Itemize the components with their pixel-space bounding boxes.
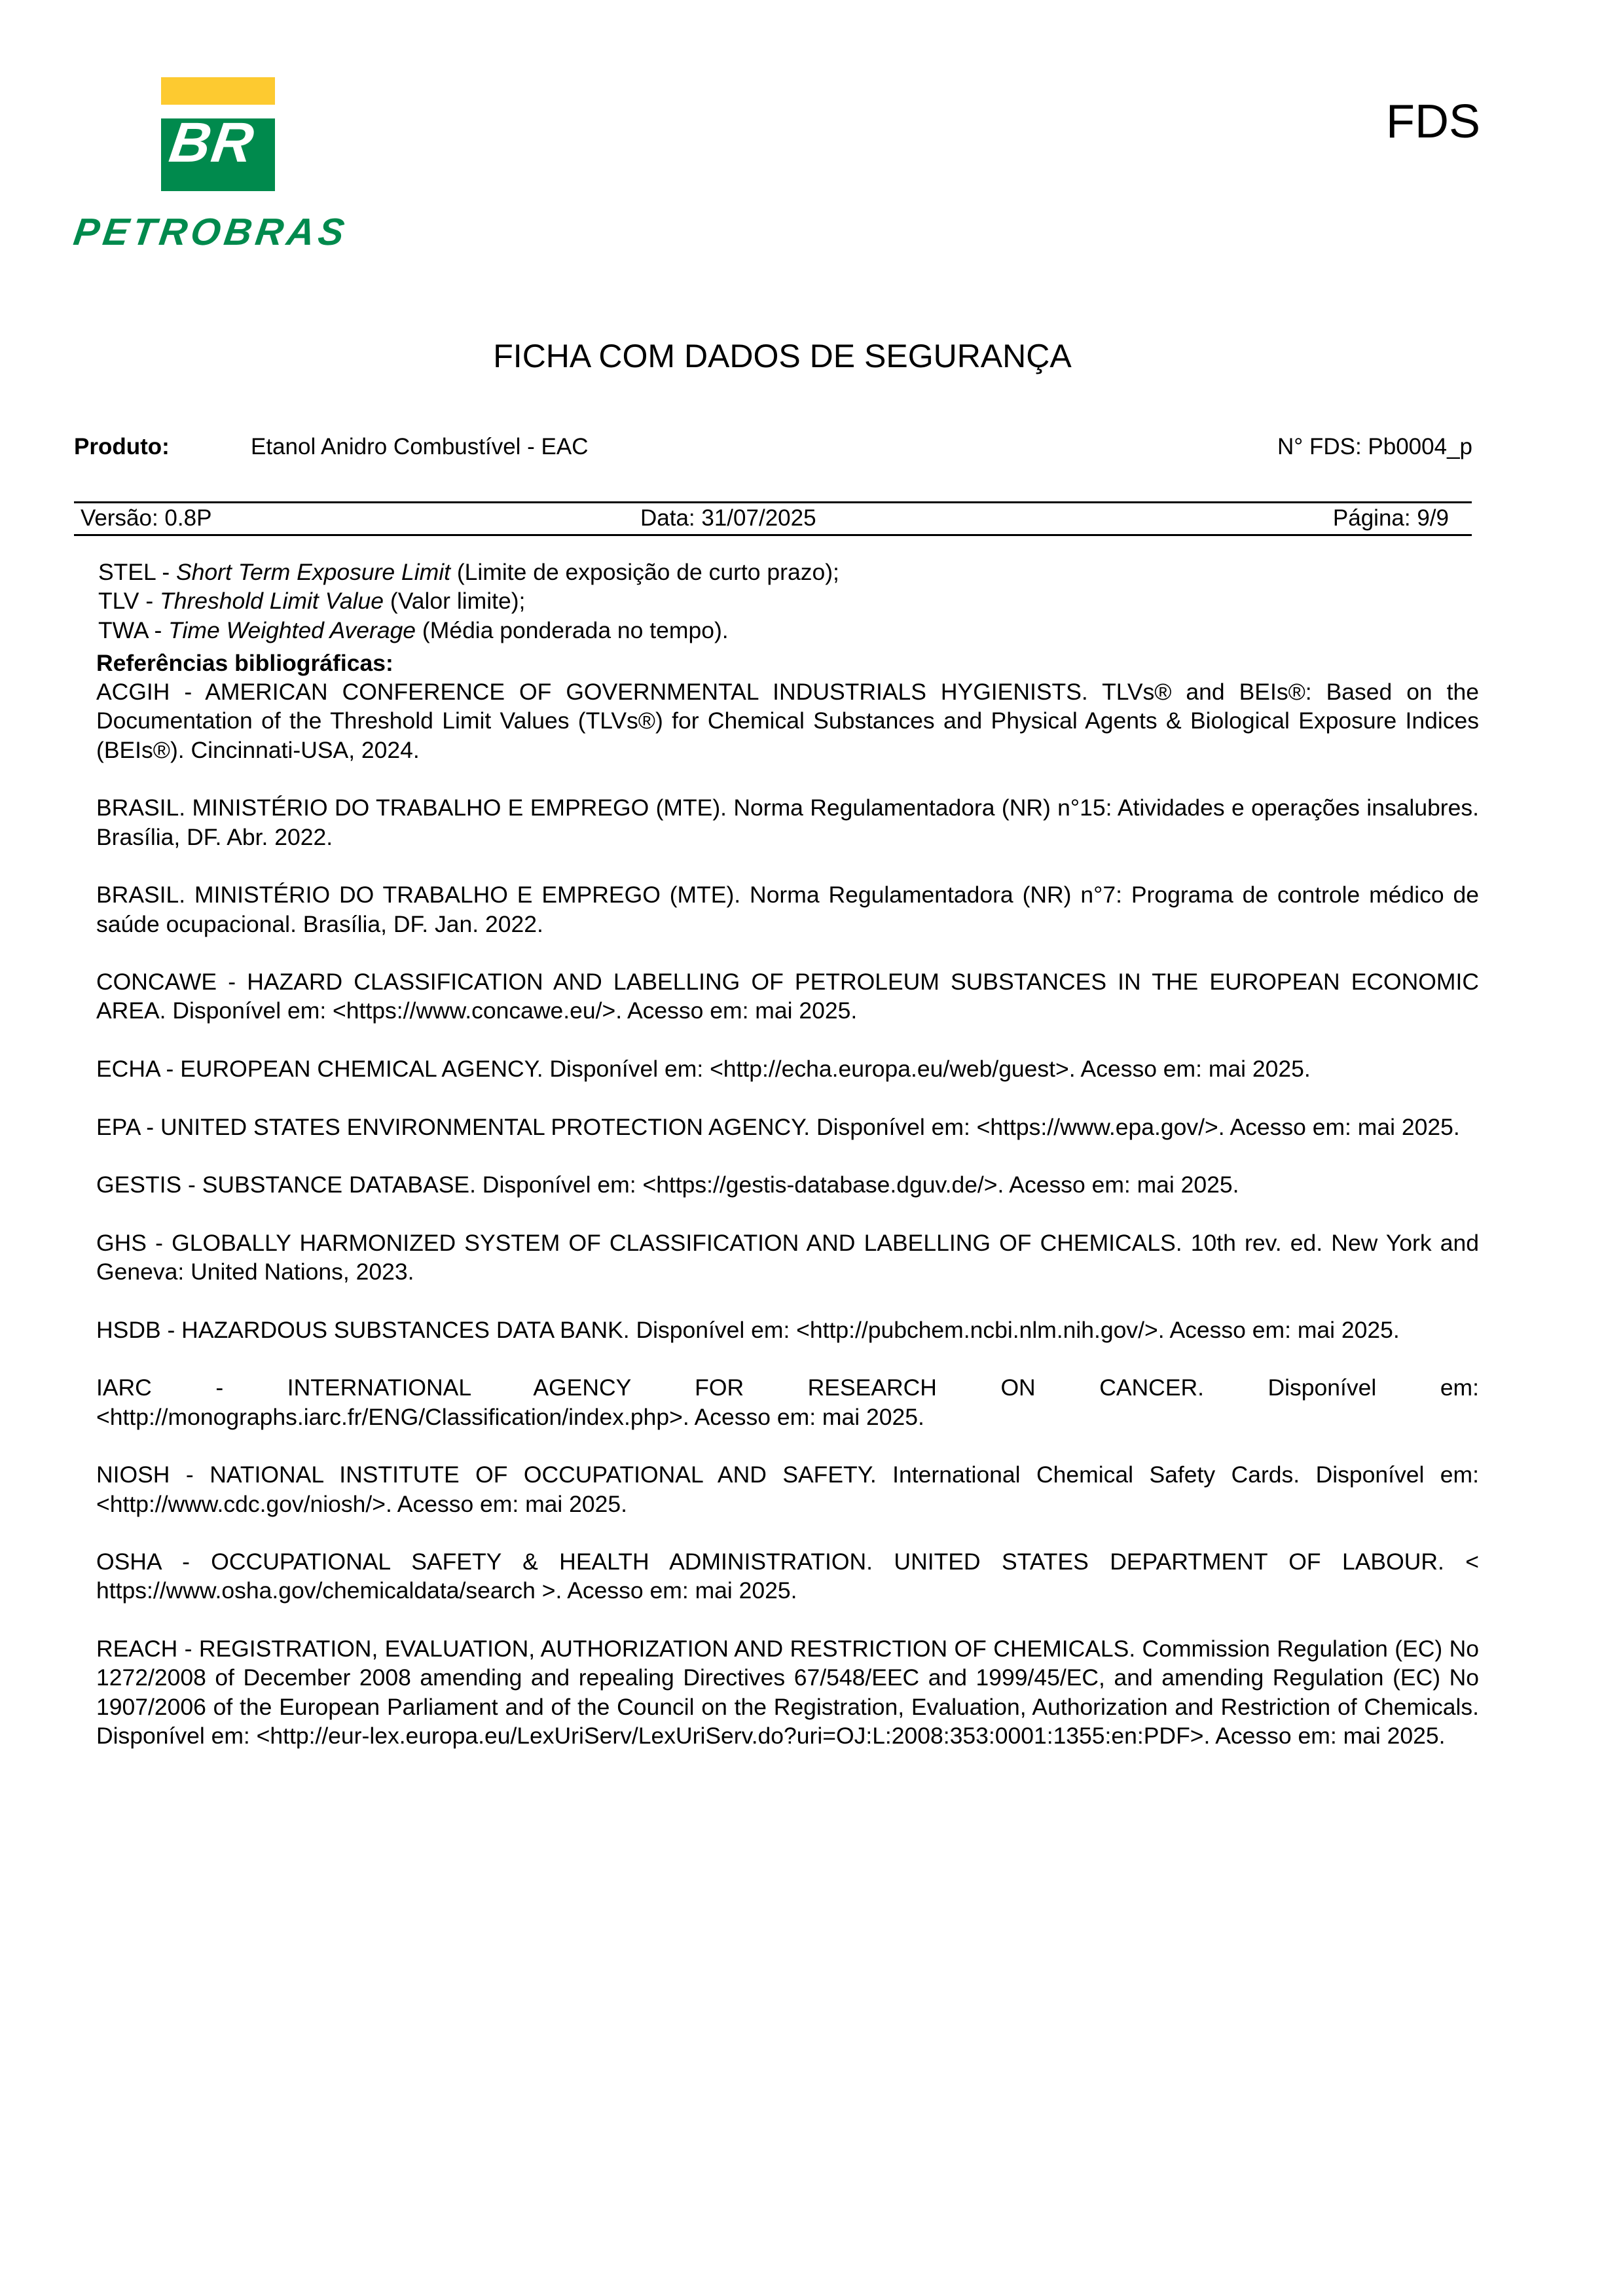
reference-item: GESTIS - SUBSTANCE DATABASE. Disponível …: [96, 1170, 1479, 1199]
reference-item: CONCAWE - HAZARD CLASSIFICATION AND LABE…: [96, 967, 1479, 1026]
reference-item: BRASIL. MINISTÉRIO DO TRABALHO E EMPREGO…: [96, 793, 1479, 852]
fds-number: N° FDS: Pb0004_p: [1277, 433, 1472, 461]
reference-item: GHS - GLOBALLY HARMONIZED SYSTEM OF CLAS…: [96, 1229, 1479, 1287]
reference-item: NIOSH - NATIONAL INSTITUTE OF OCCUPATION…: [96, 1460, 1479, 1518]
version: Versão: 0.8P: [81, 505, 211, 532]
reference-item: IARC - INTERNATIONAL AGENCY FOR RESEARCH…: [96, 1373, 1479, 1431]
logo-mark: BR: [166, 118, 258, 171]
logo-brand-name: PETROBRAS: [71, 213, 350, 251]
abbreviation-meaning: (Valor limite);: [384, 588, 525, 614]
abbreviation-meaning: (Média ponderada no tempo).: [416, 617, 729, 643]
abbreviation-item: TWA - Time Weighted Average (Média ponde…: [96, 616, 1479, 645]
reference-item: HSDB - HAZARDOUS SUBSTANCES DATA BANK. D…: [96, 1316, 1479, 1344]
abbreviation-term: Threshold Limit Value: [160, 588, 384, 614]
page-title: FICHA COM DADOS DE SEGURANÇA: [0, 338, 1565, 374]
references-heading: Referências bibliográficas:: [96, 649, 1479, 677]
reference-item: OSHA - OCCUPATIONAL SAFETY & HEALTH ADMI…: [96, 1547, 1479, 1605]
reference-item: REACH - REGISTRATION, EVALUATION, AUTHOR…: [96, 1634, 1479, 1750]
reference-item: ECHA - EUROPEAN CHEMICAL AGENCY. Disponí…: [96, 1054, 1479, 1083]
abbreviation-term: Short Term Exposure Limit: [176, 559, 450, 585]
abbreviation-item: STEL - Short Term Exposure Limit (Limite…: [96, 558, 1479, 586]
abbreviation-code: STEL -: [98, 559, 176, 585]
abbreviation-meaning: (Limite de exposição de curto prazo);: [450, 559, 839, 585]
reference-item: ACGIH - AMERICAN CONFERENCE OF GOVERNMEN…: [96, 677, 1479, 764]
logo-green-box: BR: [161, 118, 275, 191]
product-label: Produto:: [74, 433, 170, 461]
references-list: ACGIH - AMERICAN CONFERENCE OF GOVERNMEN…: [96, 677, 1479, 1750]
abbreviation-code: TLV -: [98, 588, 160, 614]
abbreviation-code: TWA -: [98, 617, 168, 643]
header-rule-bottom: [74, 534, 1472, 536]
reference-item: EPA - UNITED STATES ENVIRONMENTAL PROTEC…: [96, 1113, 1479, 1141]
product-value: Etanol Anidro Combustível - EAC: [251, 433, 589, 461]
abbreviation-term: Time Weighted Average: [168, 617, 416, 643]
abbreviation-item: TLV - Threshold Limit Value (Valor limit…: [96, 586, 1479, 615]
document-body: STEL - Short Term Exposure Limit (Limite…: [96, 558, 1479, 1779]
doc-type: FDS: [1386, 98, 1480, 145]
abbreviation-list: STEL - Short Term Exposure Limit (Limite…: [96, 558, 1479, 645]
petrobras-logo: BR PETROBRAS: [74, 77, 369, 257]
reference-item: BRASIL. MINISTÉRIO DO TRABALHO E EMPREGO…: [96, 880, 1479, 939]
date: Data: 31/07/2025: [640, 505, 816, 532]
header-rule-top: [74, 501, 1472, 503]
logo-yellow-bar: [161, 77, 275, 105]
page-number: Página: 9/9: [1333, 505, 1449, 532]
